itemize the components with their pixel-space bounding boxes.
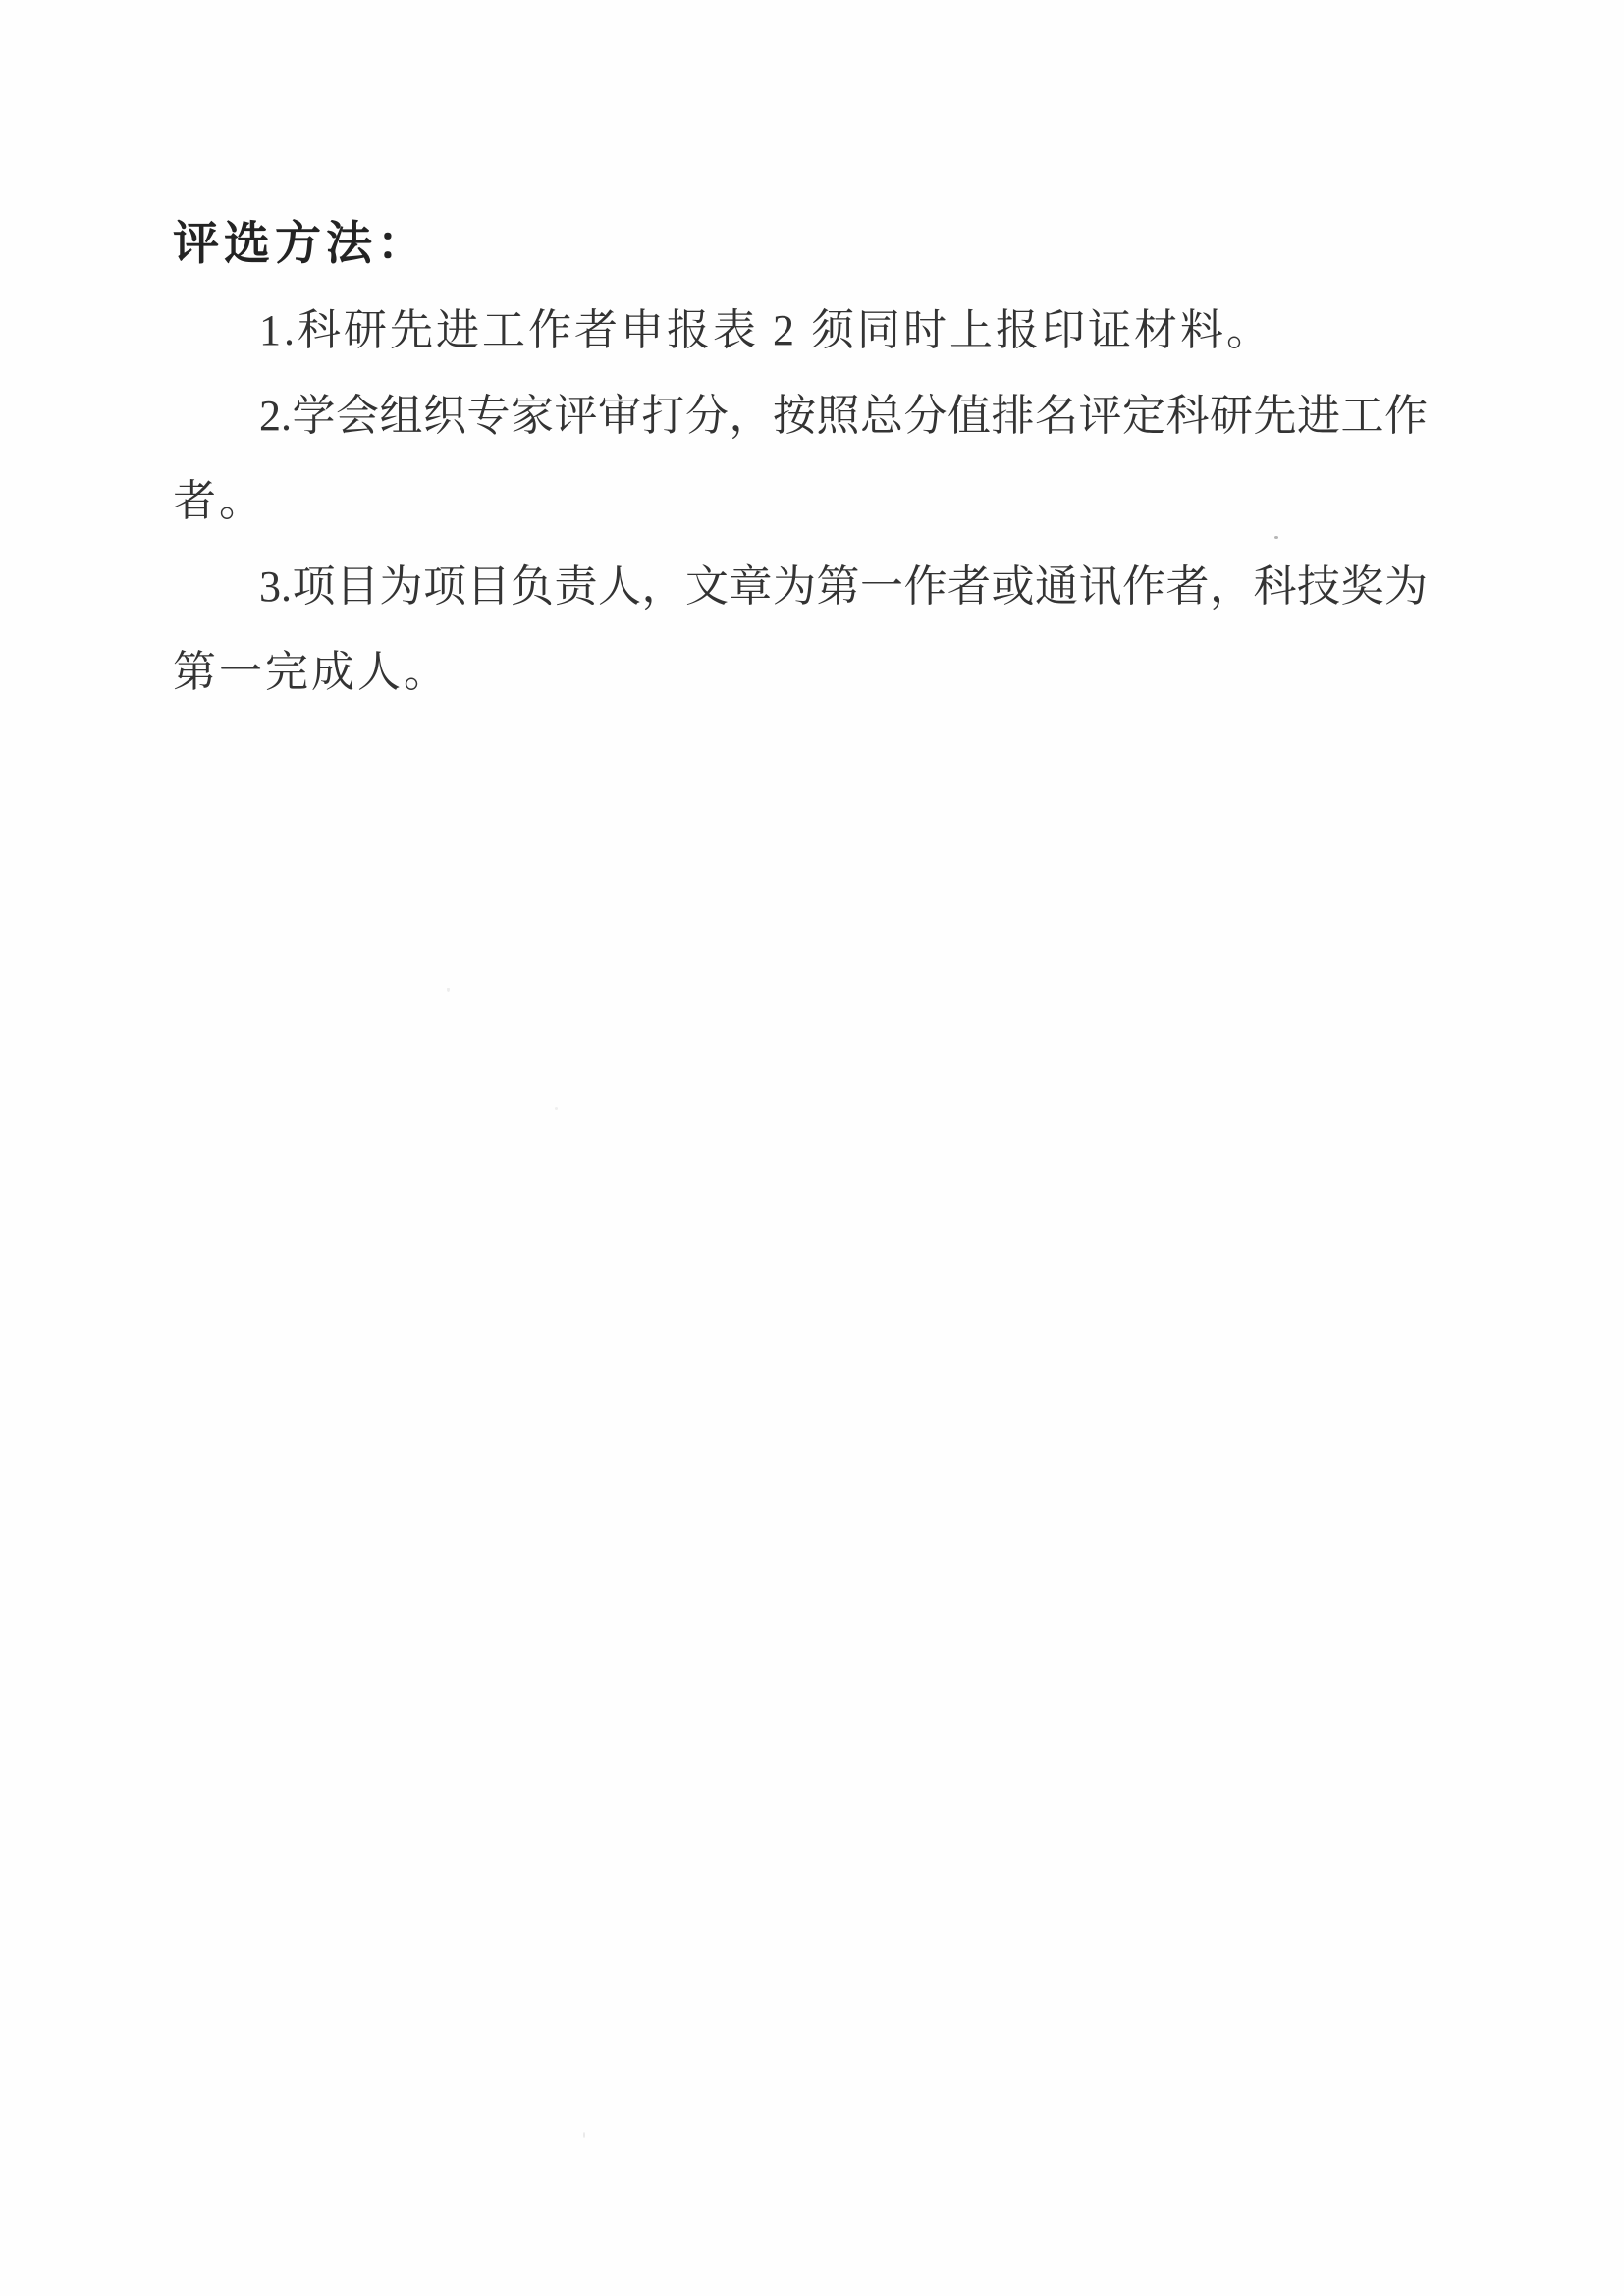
item-2-line-1: 2.学会组织专家评审打分，按照总分值排名评定科研先进工作 xyxy=(173,373,1428,458)
item-3-line-1: 3.项目为项目负责人，文章为第一作者或通讯作者，科技奖为 xyxy=(173,544,1428,629)
scan-speck xyxy=(447,988,450,992)
item-3-line-2: 第一完成人。 xyxy=(173,629,1428,715)
document-page: 评选方法： 1.科研先进工作者申报表 2 须同时上报印证材料。 2.学会组织专家… xyxy=(0,0,1624,2296)
text-block: 评选方法： 1.科研先进工作者申报表 2 须同时上报印证材料。 2.学会组织专家… xyxy=(173,201,1428,715)
item-1-line-1: 1.科研先进工作者申报表 2 须同时上报印证材料。 xyxy=(173,288,1428,373)
section-heading: 评选方法： xyxy=(173,201,1428,288)
scan-speck xyxy=(583,2132,585,2138)
scan-speck xyxy=(1274,536,1278,539)
scan-speck xyxy=(555,1107,558,1110)
item-2-line-2: 者。 xyxy=(173,458,1428,544)
